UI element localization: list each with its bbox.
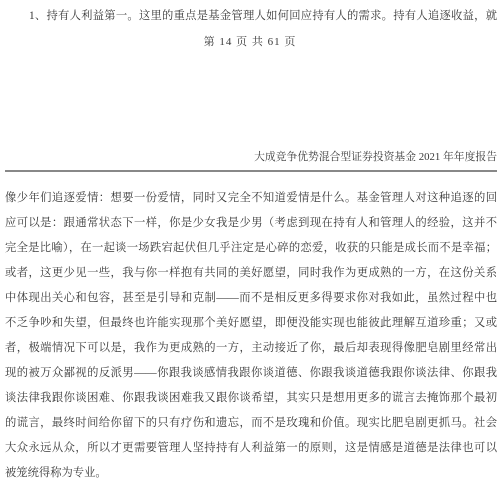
header-divider-rule: [5, 170, 497, 172]
report-title-header: 大成竞争优势混合型证券投资基金 2021 年年度报告: [0, 149, 497, 165]
body-line: 谈法律我跟你谈困难、你跟我谈困难我又跟你谈希望，其实只是想用更多的谎言去掩饰那个…: [5, 386, 497, 411]
body-line: 者，极端情况下可以是，我作为更成熟的一方，主动接近了你，最后却表现得像肥皂剧里经…: [5, 336, 497, 361]
body-line: 不乏争吵和失望，但最终也许能实现那个美好愿望，即便没能实现也能彼此理解互道珍重；…: [5, 311, 497, 336]
body-line: 的谎言，最终时间给你留下的只有疗伤和遗忘，而不是玫瑰和价值。现实比肥皂剧更抓马。…: [5, 411, 497, 436]
body-line: 完全是比喻），在一起谈一场跌宕起伏但几乎注定是心碎的恋爱，收获的只能是成长而不是…: [5, 236, 497, 261]
body-line: 大众永远从众，所以才更需要管理人坚持持有人利益第一的原则，这是情感是道德是法律也…: [5, 436, 497, 461]
body-line: 或者，这更少见一些，我与你一样抱有共同的美好愿望，同时我作为更成熟的一方，在这份…: [5, 261, 497, 286]
body-line: 现的被万众鄙视的反派男——你跟我谈感情我跟你谈道德、你跟我谈道德我跟你谈法律、你…: [5, 361, 497, 386]
body-line: 中体现出关心和包容，甚至是引导和克制——而不是相反更多得要求你对我如此，虽然过程…: [5, 286, 497, 311]
body-line: 被笼统得称为专业。: [5, 461, 497, 486]
body-line: 应可以是：跟通常状态下一样，你是少女我是少男（考虑到现在持有人和管理人的经验，这…: [5, 211, 497, 236]
body-line: 像少年们追逐爱情：想要一份爱情，同时又完全不知道爱情是什么。基金管理人对这种追逐…: [5, 186, 497, 211]
body-paragraph: 像少年们追逐爱情：想要一份爱情，同时又完全不知道爱情是什么。基金管理人对这种追逐…: [5, 186, 497, 486]
previous-page-last-line: 1、持有人利益第一。这里的重点是基金管理人如何回应持有人的需求。持有人追逐收益，…: [5, 7, 497, 25]
page-number-footer: 第 14 页 共 61 页: [0, 34, 500, 50]
